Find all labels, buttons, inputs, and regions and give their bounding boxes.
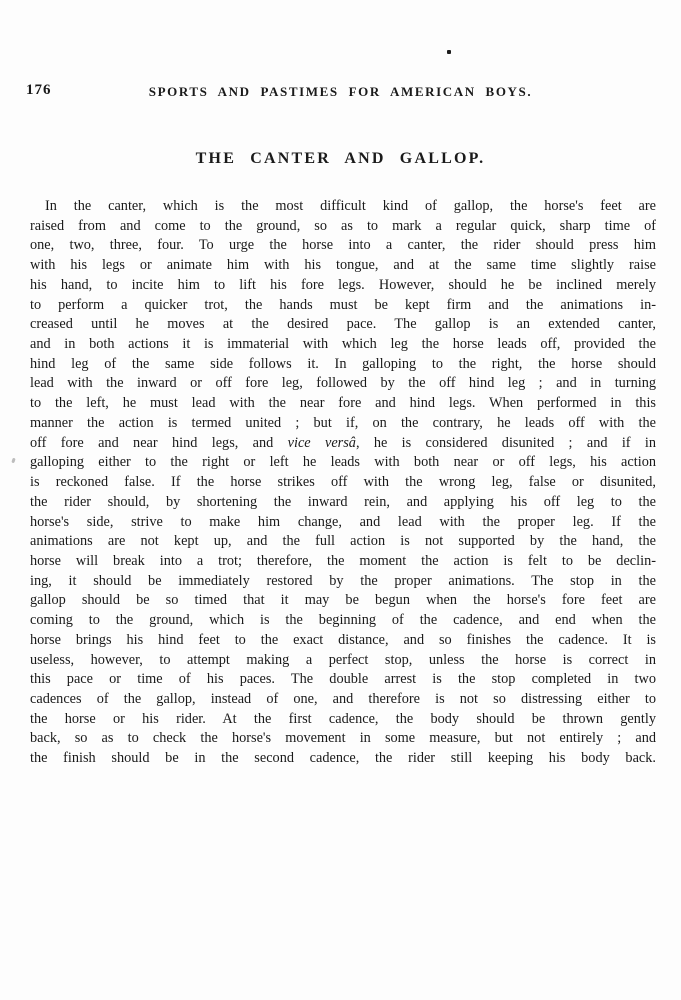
text-segment: hind leg of the same side follows it. In… [30, 356, 656, 372]
text-line: ing, it should be immediately restored b… [30, 572, 656, 592]
section-title: THE CANTER AND GALLOP. [0, 150, 681, 168]
text-segment: and in both actions it is immaterial wit… [30, 336, 656, 352]
text-segment: galloping either to the right or left he… [30, 454, 656, 470]
text-line: coming to the ground, which is the begin… [30, 611, 656, 631]
page-number: 176 [26, 82, 52, 99]
text-line: raised from and come to the ground, so a… [30, 217, 656, 237]
text-line: In the canter, which is the most difficu… [30, 197, 656, 217]
text-line: manner the action is termed united ; but… [30, 414, 656, 434]
ink-speck-icon [447, 50, 451, 54]
text-line: horse brings his hind feet to the exact … [30, 631, 656, 651]
text-line: one, two, three, four. To urge the horse… [30, 236, 656, 256]
text-segment: raised from and come to the ground, so a… [30, 218, 656, 234]
text-line: gallop should be so timed that it may be… [30, 591, 656, 611]
text-line: hind leg of the same side follows it. In… [30, 355, 656, 375]
text-segment: off fore and near hind legs, and [30, 435, 288, 451]
text-segment: with his legs or animate him with his to… [30, 257, 656, 273]
text-segment: lead with the inward or off fore leg, fo… [30, 375, 656, 391]
text-segment: is reckoned false. If the horse strikes … [30, 474, 656, 490]
text-line: cadences of the gallop, instead of one, … [30, 690, 656, 710]
text-segment: horse's side, strive to make him change,… [30, 514, 656, 530]
text-segment: this pace or time of his paces. The doub… [30, 671, 656, 687]
text-line: the finish should be in the second caden… [30, 749, 656, 769]
text-segment: back, so as to check the horse's movemen… [30, 730, 656, 746]
text-segment: , he is considered disunited ; and if in [356, 435, 656, 451]
text-line: off fore and near hind legs, and vice ve… [30, 434, 656, 454]
text-line: back, so as to check the horse's movemen… [30, 729, 656, 749]
text-line: and in both actions it is immaterial wit… [30, 335, 656, 355]
text-line: horse's side, strive to make him change,… [30, 513, 656, 533]
text-line: animations are not kept up, and the full… [30, 532, 656, 552]
text-line: to perform a quicker trot, the hands mus… [30, 296, 656, 316]
body-text: In the canter, which is the most difficu… [30, 197, 656, 769]
text-segment: useless, however, to attempt making a pe… [30, 652, 656, 668]
text-line: horse will break into a trot; therefore,… [30, 552, 656, 572]
text-line: useless, however, to attempt making a pe… [30, 651, 656, 671]
text-line: lead with the inward or off fore leg, fo… [30, 374, 656, 394]
text-segment: his hand, to incite him to lift his fore… [30, 277, 656, 293]
text-segment: one, two, three, four. To urge the horse… [30, 237, 656, 253]
text-segment: manner the action is termed united ; but… [30, 415, 656, 431]
text-line: is reckoned false. If the horse strikes … [30, 473, 656, 493]
text-segment: coming to the ground, which is the begin… [30, 612, 656, 628]
margin-speck-icon [11, 458, 15, 464]
text-line: galloping either to the right or left he… [30, 453, 656, 473]
text-line: to the left, he must lead with the near … [30, 394, 656, 414]
text-segment: In the canter, which is the most difficu… [45, 198, 656, 214]
text-line: with his legs or animate him with his to… [30, 256, 656, 276]
text-line: his hand, to incite him to lift his fore… [30, 276, 656, 296]
italic-text: vice versâ [288, 435, 356, 451]
text-segment: to the left, he must lead with the near … [30, 395, 656, 411]
text-segment: the rider should, by shortening the inwa… [30, 494, 656, 510]
text-line: creased until he moves at the desired pa… [30, 315, 656, 335]
text-segment: horse will break into a trot; therefore,… [30, 553, 656, 569]
text-segment: the finish should be in the second caden… [30, 750, 656, 766]
running-title: SPORTS AND PASTIMES FOR AMERICAN BOYS. [0, 84, 681, 100]
text-segment: creased until he moves at the desired pa… [30, 316, 656, 332]
text-line: the horse or his rider. At the first cad… [30, 710, 656, 730]
text-segment: horse brings his hind feet to the exact … [30, 632, 656, 648]
text-segment: animations are not kept up, and the full… [30, 533, 656, 549]
text-line: the rider should, by shortening the inwa… [30, 493, 656, 513]
page-header: 176 SPORTS AND PASTIMES FOR AMERICAN BOY… [0, 84, 681, 102]
text-line: this pace or time of his paces. The doub… [30, 670, 656, 690]
text-segment: the horse or his rider. At the first cad… [30, 711, 656, 727]
text-segment: gallop should be so timed that it may be… [30, 592, 656, 608]
text-segment: cadences of the gallop, instead of one, … [30, 691, 656, 707]
text-segment: to perform a quicker trot, the hands mus… [30, 297, 656, 313]
text-segment: ing, it should be immediately restored b… [30, 573, 656, 589]
book-page: 176 SPORTS AND PASTIMES FOR AMERICAN BOY… [0, 0, 681, 1000]
